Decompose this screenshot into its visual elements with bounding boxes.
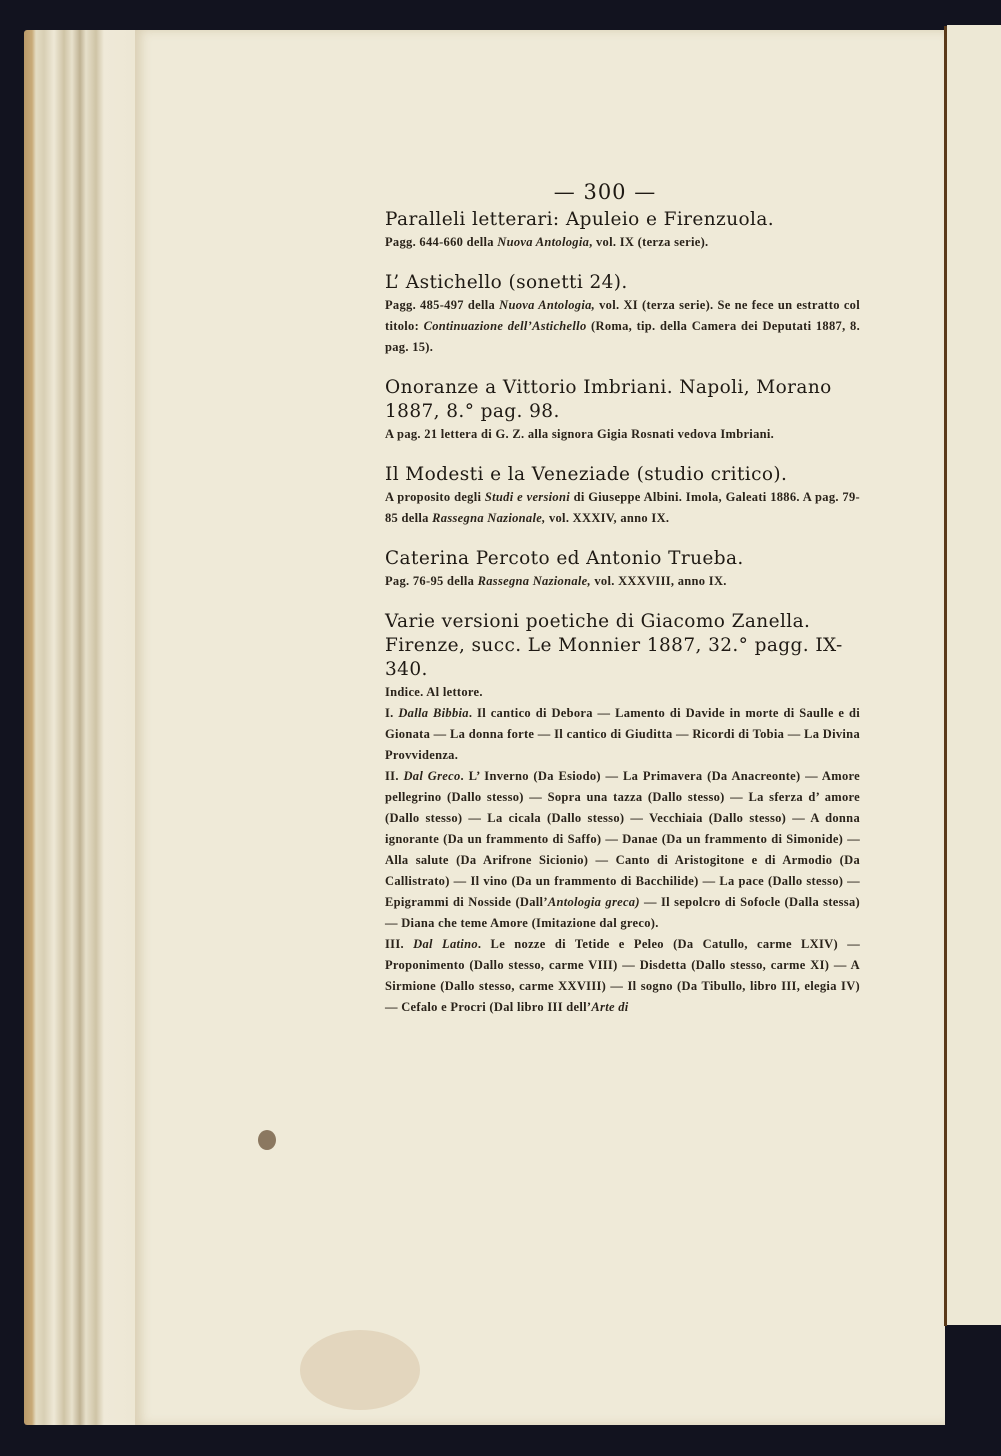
entry-note: Pagg. 485-497 della Nuova Antologia, vol… <box>385 295 860 358</box>
index-section: I. Dalla Bibbia. Il cantico di Debora — … <box>385 703 860 766</box>
page-number: — 300 — <box>350 180 860 204</box>
bibliography-entry: Onoranze a Vittorio Imbriani. Napoli, Mo… <box>385 376 860 445</box>
bibliography-entry: L’ Astichello (sonetti 24).Pagg. 485-497… <box>385 271 860 358</box>
entry-note: Indice. Al lettore. <box>385 682 860 703</box>
entry-title: Il Modesti e la Veneziade (studio critic… <box>385 463 860 487</box>
entry-title: Onoranze a Vittorio Imbriani. Napoli, Mo… <box>385 376 860 424</box>
index-section: II. Dal Greco. L’ Inverno (Da Esiodo) — … <box>385 766 860 934</box>
bibliography-entry: Paralleli letterari: Apuleio e Firenzuol… <box>385 208 860 253</box>
bibliography-entry: Caterina Percoto ed Antonio Trueba.Pag. … <box>385 547 860 592</box>
bibliography-entry: Varie versioni poetiche di Giacomo Zanel… <box>385 610 860 703</box>
entry-note: Pag. 76-95 della Rassegna Nazionale, vol… <box>385 571 860 592</box>
entry-title: Varie versioni poetiche di Giacomo Zanel… <box>385 610 860 682</box>
paper-stain <box>300 1330 420 1410</box>
entry-note: A proposito degli Studi e versioni di Gi… <box>385 487 860 529</box>
book-gutter <box>944 26 947 1326</box>
facing-page-edge <box>947 25 1001 1325</box>
bibliography-entry: Il Modesti e la Veneziade (studio critic… <box>385 463 860 529</box>
entry-note: A pag. 21 lettera di G. Z. alla signora … <box>385 424 860 445</box>
index-section: III. Dal Latino. Le nozze di Tetide e Pe… <box>385 934 860 1018</box>
page-edges <box>24 30 144 1425</box>
entry-title: L’ Astichello (sonetti 24). <box>385 271 860 295</box>
bibliography-entries: Paralleli letterari: Apuleio e Firenzuol… <box>385 208 860 703</box>
entry-title: Caterina Percoto ed Antonio Trueba. <box>385 547 860 571</box>
entry-note: Pagg. 644-660 della Nuova Antologia, vol… <box>385 232 860 253</box>
ink-spot <box>258 1130 276 1150</box>
entry-title: Paralleli letterari: Apuleio e Firenzuol… <box>385 208 860 232</box>
index-sections: I. Dalla Bibbia. Il cantico di Debora — … <box>385 703 860 1018</box>
page-text: — 300 — Paralleli letterari: Apuleio e F… <box>385 180 860 1018</box>
